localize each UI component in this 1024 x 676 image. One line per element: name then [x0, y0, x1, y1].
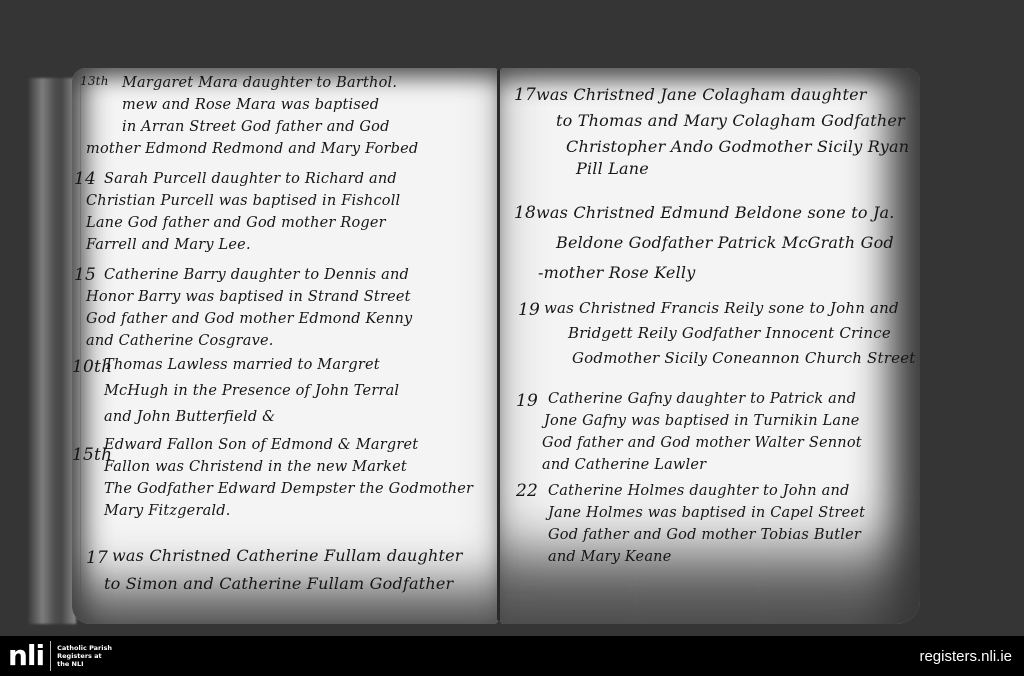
entry-line: to Thomas and Mary Colagham Godfather	[514, 108, 909, 134]
entry-line: Christian Purcell was baptised in Fishco…	[86, 190, 400, 212]
entry-date: 17	[514, 82, 536, 108]
entry-line: Lane God father and God mother Roger	[86, 212, 400, 234]
entry-date: 15	[74, 264, 96, 286]
entry-line: mother Edmond Redmond and Mary Forbed	[86, 138, 418, 160]
entry-line: Thomas Lawless married to Margret	[86, 352, 399, 378]
entry-line: McHugh in the Presence of John Terral	[86, 378, 399, 404]
register-page-left: 13th Margaret Mara daughter to Barthol. …	[72, 68, 498, 624]
brand-divider	[50, 641, 51, 671]
entry-line: Sarah Purcell daughter to Richard and	[86, 168, 400, 190]
entry-line: Bridgett Reily Godfather Innocent Crince	[514, 321, 916, 346]
entry-line: was Christned Jane Colagham daughter	[514, 82, 909, 108]
nli-logo: nli	[8, 636, 44, 676]
entry-line: Catherine Holmes daughter to John and	[514, 480, 865, 502]
register-entry: 17 was Christned Jane Colagham daughter …	[514, 82, 909, 178]
entry-line: in Arran Street God father and God	[86, 116, 418, 138]
entry-line: mew and Rose Mara was baptised	[86, 94, 418, 116]
brand-line: Catholic Parish	[57, 644, 112, 652]
entry-line: and Catherine Cosgrave.	[86, 330, 412, 352]
entry-date: 19	[516, 390, 538, 412]
entry-line: Pill Lane	[514, 160, 909, 178]
nli-brand[interactable]: nli Catholic Parish Registers at the NLI	[6, 636, 112, 676]
entry-line: Jone Gafny was baptised in Turnikin Lane	[514, 410, 862, 432]
register-entry: 15 Catherine Barry daughter to Dennis an…	[86, 264, 412, 352]
entry-line: Farrell and Mary Lee.	[86, 234, 400, 256]
entry-line: Beldone Godfather Patrick McGrath God	[514, 228, 895, 258]
entry-date: 22	[516, 480, 538, 502]
entry-line: Mary Fitzgerald.	[86, 500, 473, 522]
entry-line: and John Butterfield &	[86, 404, 399, 430]
entry-line: was Christned Edmund Beldone sone to Ja.	[514, 198, 895, 228]
register-page-right: 17 was Christned Jane Colagham daughter …	[500, 68, 920, 624]
entry-date: 18	[514, 198, 536, 228]
register-entry: 13th Margaret Mara daughter to Barthol. …	[86, 72, 418, 160]
brand-line: Registers at	[57, 652, 112, 660]
entry-line: Catherine Barry daughter to Dennis and	[86, 264, 412, 286]
entry-date: 13th	[80, 70, 109, 92]
register-entry: 18 was Christned Edmund Beldone sone to …	[514, 198, 895, 288]
entry-line: and Mary Keane	[514, 546, 865, 568]
entry-line: The Godfather Edward Dempster the Godmot…	[86, 478, 473, 500]
entry-line: God father and God mother Tobias Butler	[514, 524, 865, 546]
register-entry: 17 was Christned Catherine Fullam daught…	[86, 542, 463, 598]
entry-date: 14	[74, 168, 96, 190]
entry-line: Godmother Sicily Coneannon Church Street	[514, 346, 916, 371]
entry-line: Edward Fallon Son of Edmond & Margret	[86, 434, 473, 456]
entry-line: Christopher Ando Godmother Sicily Ryan	[514, 134, 909, 160]
entry-date: 17	[86, 544, 108, 572]
entry-line: Jane Holmes was baptised in Capel Street	[514, 502, 865, 524]
entry-line: Margaret Mara daughter to Barthol.	[86, 72, 418, 94]
entry-line: and Catherine Lawler	[514, 454, 862, 476]
registers-site-link[interactable]: registers.nli.ie	[919, 648, 1012, 665]
register-entry: 10th Thomas Lawless married to Margret M…	[86, 352, 399, 430]
entry-line: Honor Barry was baptised in Strand Stree…	[86, 286, 412, 308]
entry-line: God father and God mother Walter Sennot	[514, 432, 862, 454]
entry-line: Catherine Gafny daughter to Patrick and	[514, 388, 862, 410]
previous-page-edge	[28, 78, 76, 624]
margin-rule	[80, 68, 81, 624]
register-entry: 19 Catherine Gafny daughter to Patrick a…	[514, 388, 862, 476]
entry-date: 10th	[72, 356, 112, 378]
entry-line: was Christned Catherine Fullam daughter	[86, 542, 463, 570]
register-entry: 15th Edward Fallon Son of Edmond & Margr…	[86, 434, 473, 522]
entry-line: to Simon and Catherine Fullam Godfather	[86, 570, 463, 598]
entry-date: 15th	[72, 444, 112, 466]
register-entry: 19 was Christned Francis Reily sone to J…	[514, 296, 916, 371]
entry-line: -mother Rose Kelly	[514, 258, 895, 288]
brand-title: Catholic Parish Registers at the NLI	[57, 644, 112, 668]
entry-line: Fallon was Christend in the new Market	[86, 456, 473, 478]
site-footer: nli Catholic Parish Registers at the NLI…	[0, 636, 1024, 676]
brand-line: the NLI	[57, 660, 112, 668]
entry-line: God father and God mother Edmond Kenny	[86, 308, 412, 330]
register-entry: 14 Sarah Purcell daughter to Richard and…	[86, 168, 400, 256]
register-image-viewer[interactable]: 13th Margaret Mara daughter to Barthol. …	[0, 0, 1024, 636]
entry-line: was Christned Francis Reily sone to John…	[514, 296, 916, 321]
entry-date: 19	[518, 298, 540, 323]
register-entry: 22 Catherine Holmes daughter to John and…	[514, 480, 865, 568]
